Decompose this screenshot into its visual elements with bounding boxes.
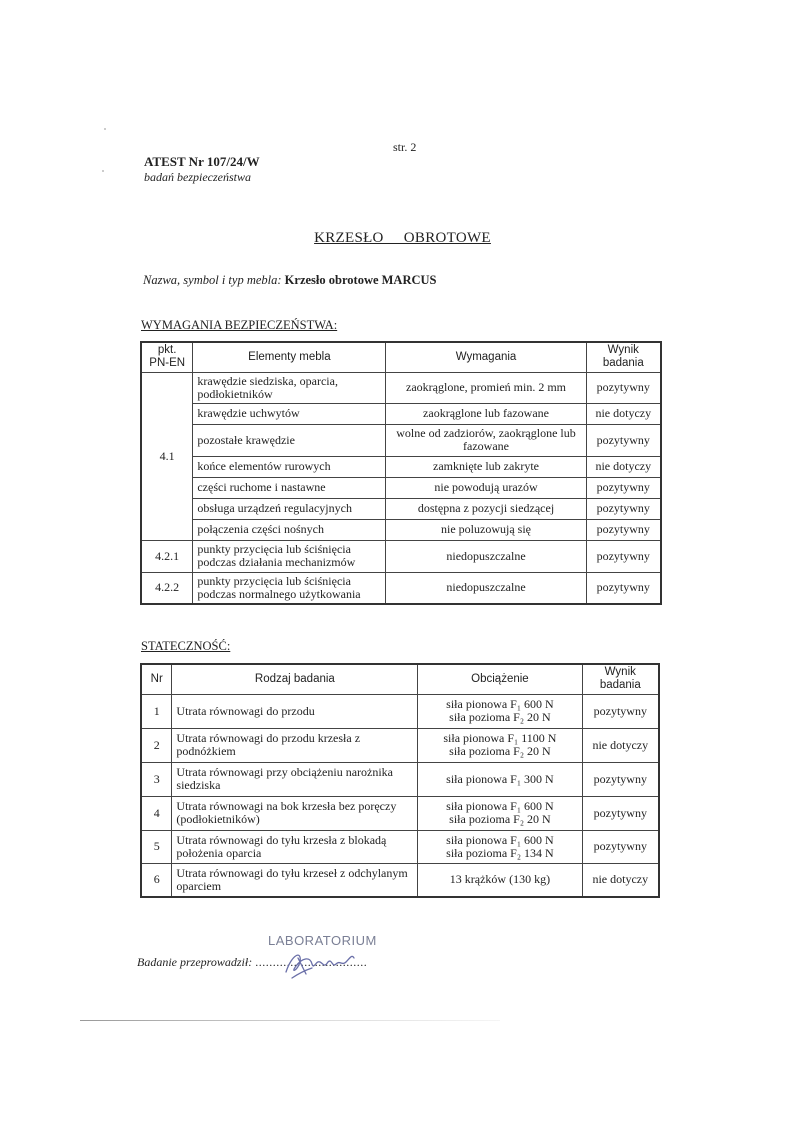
result-cell: pozytywny xyxy=(582,694,659,728)
table-row: 4 Utrata równowagi na bok krzesła bez po… xyxy=(141,796,659,830)
load-cell: 13 krążków (130 kg) xyxy=(418,863,582,897)
result-cell: pozytywny xyxy=(582,830,659,863)
result-cell: pozytywny xyxy=(586,540,661,572)
pkt-cell: 4.1 xyxy=(141,372,193,540)
requirement-cell: zaokrąglone lub fazowane xyxy=(386,403,586,424)
header-result: Wynikbadania xyxy=(582,664,659,694)
table-row: 2 Utrata równowagi do przodu krzesła z p… xyxy=(141,728,659,762)
nr-cell: 3 xyxy=(141,762,172,796)
table-header-row: pkt.PN-EN Elementy mebla Wymagania Wynik… xyxy=(141,342,661,372)
table-row: pozostałe krawędzie wolne od zadziorów, … xyxy=(141,424,661,456)
result-cell: pozytywny xyxy=(586,572,661,604)
requirement-cell: niedopuszczalne xyxy=(386,540,586,572)
element-cell: pozostałe krawędzie xyxy=(193,424,386,456)
pkt-cell: 4.2.2 xyxy=(141,572,193,604)
table-row: części ruchome i nastawne nie powodują u… xyxy=(141,477,661,498)
load-cell: siła pionowa F₁ 600 Nsiła pozioma F₂ 134… xyxy=(418,830,582,863)
table-header-row: Nr Rodzaj badania Obciążenie Wynikbadani… xyxy=(141,664,659,694)
scan-speck xyxy=(104,128,106,130)
document-title: KRZESŁO OBROTOWE xyxy=(0,230,800,247)
requirement-cell: zaokrąglone, promień min. 2 mm xyxy=(386,372,586,403)
table-row: 4.2.2 punkty przycięcia lub ściśnięcia p… xyxy=(141,572,661,604)
result-cell: pozytywny xyxy=(586,519,661,540)
result-cell: pozytywny xyxy=(586,498,661,519)
requirement-cell: zamknięte lub zakryte xyxy=(386,456,586,477)
element-cell: połączenia części nośnych xyxy=(193,519,386,540)
header-nr: Nr xyxy=(141,664,172,694)
page-number: str. 2 xyxy=(393,140,416,155)
stability-table: Nr Rodzaj badania Obciążenie Wynikbadani… xyxy=(140,663,660,898)
test-cell: Utrata równowagi do przodu krzesła z pod… xyxy=(172,728,418,762)
load-cell: siła pionowa F₁ 300 N xyxy=(418,762,582,796)
table-row: 4.2.1 punkty przycięcia lub ściśnięcia p… xyxy=(141,540,661,572)
result-cell: pozytywny xyxy=(586,424,661,456)
result-cell: nie dotyczy xyxy=(582,863,659,897)
result-cell: pozytywny xyxy=(586,372,661,403)
safety-requirements-table: pkt.PN-EN Elementy mebla Wymagania Wynik… xyxy=(140,341,662,605)
document-id: ATEST Nr 107/24/W xyxy=(144,154,260,170)
header-requirements: Wymagania xyxy=(386,342,586,372)
requirement-cell: nie powodują urazów xyxy=(386,477,586,498)
test-cell: Utrata równowagi na bok krzesła bez porę… xyxy=(172,796,418,830)
element-cell: części ruchome i nastawne xyxy=(193,477,386,498)
header-result: Wynikbadania xyxy=(586,342,661,372)
product-name: Krzesło obrotowe MARCUS xyxy=(285,273,437,287)
table-row: 5 Utrata równowagi do tyłu krzesła z blo… xyxy=(141,830,659,863)
load-cell: siła pionowa F₁ 600 Nsiła pozioma F₂ 20 … xyxy=(418,694,582,728)
element-cell: końce elementów rurowych xyxy=(193,456,386,477)
requirement-cell: wolne od zadziorów, zaokrąglone lub fazo… xyxy=(386,424,586,456)
requirement-cell: niedopuszczalne xyxy=(386,572,586,604)
test-cell: Utrata równowagi do przodu xyxy=(172,694,418,728)
element-cell: obsługa urządzeń regulacyjnych xyxy=(193,498,386,519)
load-cell: siła pionowa F₁ 600 Nsiła pozioma F₂ 20 … xyxy=(418,796,582,830)
result-cell: pozytywny xyxy=(582,762,659,796)
header-elements: Elementy mebla xyxy=(193,342,386,372)
table-row: końce elementów rurowych zamknięte lub z… xyxy=(141,456,661,477)
element-cell: krawędzie siedziska, oparcia, podłokietn… xyxy=(193,372,386,403)
table-row: 4.1 krawędzie siedziska, oparcia, podłok… xyxy=(141,372,661,403)
signature-icon xyxy=(278,944,368,984)
element-cell: krawędzie uchwytów xyxy=(193,403,386,424)
test-cell: Utrata równowagi przy obciążeniu narożni… xyxy=(172,762,418,796)
product-line: Nazwa, symbol i typ mebla: Krzesło obrot… xyxy=(143,273,437,288)
scan-speck xyxy=(102,170,104,172)
table-row: 6 Utrata równowagi do tyłu krzeseł z odc… xyxy=(141,863,659,897)
nr-cell: 4 xyxy=(141,796,172,830)
requirement-cell: nie poluzowują się xyxy=(386,519,586,540)
document-subtitle: badań bezpieczeństwa xyxy=(144,170,251,185)
table-row: połączenia części nośnych nie poluzowują… xyxy=(141,519,661,540)
result-cell: pozytywny xyxy=(586,477,661,498)
stability-section-title: STATECZNOŚĆ: xyxy=(141,639,230,654)
nr-cell: 6 xyxy=(141,863,172,897)
table-row: krawędzie uchwytów zaokrąglone lub fazow… xyxy=(141,403,661,424)
header-load: Obciążenie xyxy=(418,664,582,694)
table-row: obsługa urządzeń regulacyjnych dostępna … xyxy=(141,498,661,519)
result-cell: nie dotyczy xyxy=(586,403,661,424)
load-cell: siła pionowa F₁ 1100 Nsiła pozioma F₂ 20… xyxy=(418,728,582,762)
table-row: 3 Utrata równowagi przy obciążeniu naroż… xyxy=(141,762,659,796)
nr-cell: 2 xyxy=(141,728,172,762)
header-pkt: pkt.PN-EN xyxy=(141,342,193,372)
result-cell: nie dotyczy xyxy=(582,728,659,762)
nr-cell: 5 xyxy=(141,830,172,863)
test-cell: Utrata równowagi do tyłu krzeseł z odchy… xyxy=(172,863,418,897)
nr-cell: 1 xyxy=(141,694,172,728)
element-cell: punkty przycięcia lub ściśnięcia podczas… xyxy=(193,540,386,572)
product-label: Nazwa, symbol i typ mebla: xyxy=(143,273,282,287)
requirement-cell: dostępna z pozycji siedzącej xyxy=(386,498,586,519)
header-test-type: Rodzaj badania xyxy=(172,664,418,694)
result-cell: nie dotyczy xyxy=(586,456,661,477)
table-row: 1 Utrata równowagi do przodu siła pionow… xyxy=(141,694,659,728)
conducted-by-label: Badanie przeprowadził: xyxy=(137,955,252,969)
pkt-cell: 4.2.1 xyxy=(141,540,193,572)
result-cell: pozytywny xyxy=(582,796,659,830)
test-cell: Utrata równowagi do tyłu krzesła z bloka… xyxy=(172,830,418,863)
footer-divider xyxy=(80,1020,500,1021)
safety-section-title: WYMAGANIA BEZPIECZEŃSTWA: xyxy=(141,318,337,333)
element-cell: punkty przycięcia lub ściśnięcia podczas… xyxy=(193,572,386,604)
